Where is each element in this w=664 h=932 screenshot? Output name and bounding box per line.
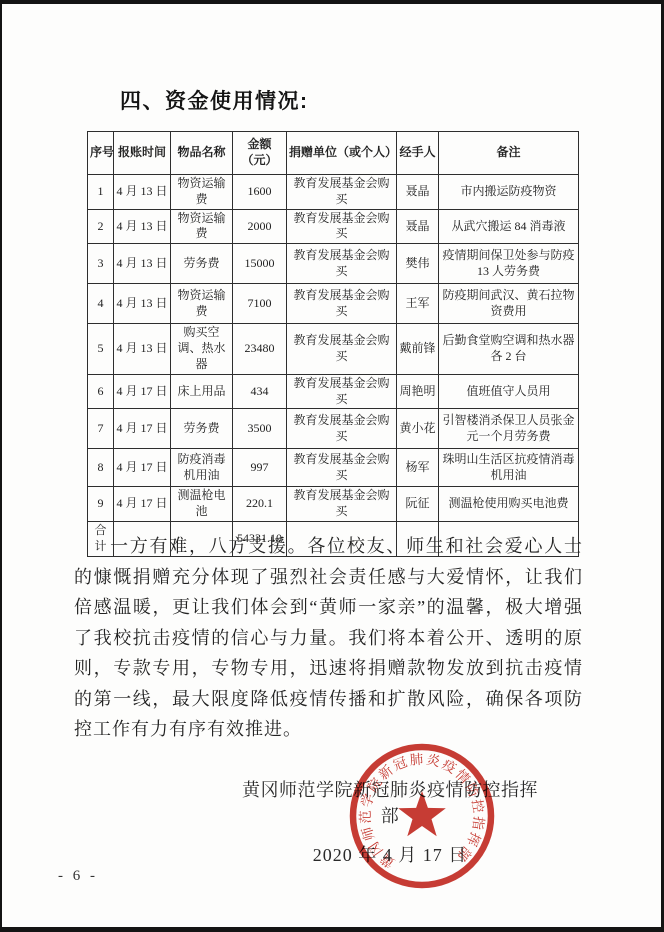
table-cell: 物资运输费	[171, 175, 233, 210]
table-cell: 劳务费	[171, 244, 233, 284]
table-cell: 黄小花	[397, 409, 439, 449]
document-page: 四、资金使用情况: 序号 报账时间 物品名称 金额（元） 捐赠单位（或个人） 经…	[2, 4, 661, 927]
summary-paragraph: 一方有难，八方支援。各位校友、师生和社会爱心人士的慷慨捐赠充分体现了强烈社会责任…	[74, 531, 583, 745]
header-donor: 捐赠单位（或个人）	[287, 132, 397, 175]
table-cell: 珠明山生活区抗疫情消毒机用油	[439, 449, 579, 487]
table-cell: 物资运输费	[171, 209, 233, 244]
table-cell: 教育发展基金会购买	[287, 175, 397, 210]
table-cell: 王军	[397, 284, 439, 324]
table-cell: 5	[88, 324, 114, 374]
table-cell: 4 月 17 日	[114, 374, 171, 409]
table-cell: 4 月 13 日	[114, 209, 171, 244]
table-cell: 后勤食堂购空调和热水器各 2 台	[439, 324, 579, 374]
table-row: 64 月 17 日床上用品434教育发展基金会购买周艳明值班值守人员用	[88, 374, 579, 409]
table-header-row: 序号 报账时间 物品名称 金额（元） 捐赠单位（或个人） 经手人 备注	[88, 132, 579, 175]
table-cell: 4	[88, 284, 114, 324]
table-row: 44 月 13 日物资运输费7100教育发展基金会购买王军防疫期间武汉、黄石拉物…	[88, 284, 579, 324]
table-cell: 9	[88, 487, 114, 522]
official-stamp: 黄冈师范学院新冠肺炎疫情防控指挥部	[347, 741, 497, 891]
table-cell: 1	[88, 175, 114, 210]
table-cell: 市内搬运防疫物资	[439, 175, 579, 210]
table-cell: 测温枪使用购买电池费	[439, 487, 579, 522]
header-date: 报账时间	[114, 132, 171, 175]
table-cell: 15000	[233, 244, 287, 284]
table-cell: 教育发展基金会购买	[287, 324, 397, 374]
table-cell: 床上用品	[171, 374, 233, 409]
table-cell: 434	[233, 374, 287, 409]
table-cell: 教育发展基金会购买	[287, 244, 397, 284]
table-row: 24 月 13 日物资运输费2000教育发展基金会购买聂晶从武穴搬运 84 消毒…	[88, 209, 579, 244]
table-cell: 7100	[233, 284, 287, 324]
table-row: 94 月 17 日测温枪电池220.1教育发展基金会购买阮征测温枪使用购买电池费	[88, 487, 579, 522]
table-cell: 1600	[233, 175, 287, 210]
table-cell: 6	[88, 374, 114, 409]
table-cell: 防疫消毒机用油	[171, 449, 233, 487]
table-cell: 教育发展基金会购买	[287, 409, 397, 449]
header-handler: 经手人	[397, 132, 439, 175]
table-row: 84 月 17 日防疫消毒机用油997教育发展基金会购买杨军珠明山生活区抗疫情消…	[88, 449, 579, 487]
header-notes: 备注	[439, 132, 579, 175]
table-cell: 4 月 13 日	[114, 244, 171, 284]
page-number: - 6 -	[58, 868, 98, 885]
table-cell: 4 月 17 日	[114, 409, 171, 449]
table-cell: 4 月 17 日	[114, 449, 171, 487]
page-title: 四、资金使用情况:	[120, 85, 309, 115]
table-cell: 4 月 17 日	[114, 487, 171, 522]
table-row: 34 月 13 日劳务费15000教育发展基金会购买樊伟疫情期间保卫处参与防疫 …	[88, 244, 579, 284]
table-cell: 教育发展基金会购买	[287, 449, 397, 487]
table-cell: 从武穴搬运 84 消毒液	[439, 209, 579, 244]
table-cell: 戴前锋	[397, 324, 439, 374]
table-cell: 997	[233, 449, 287, 487]
table-cell: 杨军	[397, 449, 439, 487]
header-amount: 金额（元）	[233, 132, 287, 175]
table-row: 54 月 13 日购买空调、热水器23480教育发展基金会购买戴前锋后勤食堂购空…	[88, 324, 579, 374]
table-row: 74 月 17 日劳务费3500教育发展基金会购买黄小花引智楼消杀保卫人员张金元…	[88, 409, 579, 449]
table-cell: 7	[88, 409, 114, 449]
table-cell: 周艳明	[397, 374, 439, 409]
table-cell: 劳务费	[171, 409, 233, 449]
table-cell: 8	[88, 449, 114, 487]
table-cell: 教育发展基金会购买	[287, 284, 397, 324]
table-cell: 樊伟	[397, 244, 439, 284]
table-cell: 教育发展基金会购买	[287, 374, 397, 409]
table-cell: 防疫期间武汉、黄石拉物资费用	[439, 284, 579, 324]
table-cell: 教育发展基金会购买	[287, 209, 397, 244]
table-cell: 阮征	[397, 487, 439, 522]
table-cell: 3	[88, 244, 114, 284]
table-cell: 23480	[233, 324, 287, 374]
table-cell: 聂晶	[397, 175, 439, 210]
table-cell: 4 月 13 日	[114, 324, 171, 374]
table-cell: 购买空调、热水器	[171, 324, 233, 374]
table-cell: 2	[88, 209, 114, 244]
header-seq: 序号	[88, 132, 114, 175]
table-cell: 测温枪电池	[171, 487, 233, 522]
table-cell: 2000	[233, 209, 287, 244]
star-icon	[398, 791, 446, 836]
header-item: 物品名称	[171, 132, 233, 175]
table-cell: 值班值守人员用	[439, 374, 579, 409]
table-cell: 3500	[233, 409, 287, 449]
table-cell: 疫情期间保卫处参与防疫 13 人劳务费	[439, 244, 579, 284]
table-row: 14 月 13 日物资运输费1600教育发展基金会购买聂晶市内搬运防疫物资	[88, 175, 579, 210]
table-cell: 4 月 13 日	[114, 175, 171, 210]
table-cell: 物资运输费	[171, 284, 233, 324]
table-cell: 4 月 13 日	[114, 284, 171, 324]
table-cell: 引智楼消杀保卫人员张金元一个月劳务费	[439, 409, 579, 449]
table-cell: 教育发展基金会购买	[287, 487, 397, 522]
table-cell: 聂晶	[397, 209, 439, 244]
table-cell: 220.1	[233, 487, 287, 522]
fund-usage-table: 序号 报账时间 物品名称 金额（元） 捐赠单位（或个人） 经手人 备注 14 月…	[87, 131, 579, 557]
